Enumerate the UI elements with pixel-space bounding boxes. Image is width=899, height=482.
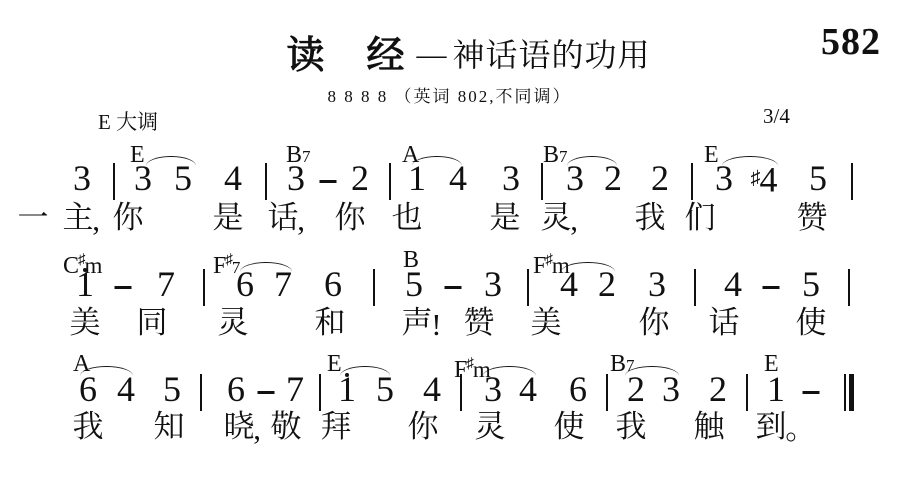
note: ♯4	[751, 160, 778, 198]
lyric-syllable: 我	[635, 201, 666, 235]
lyric-syllable: 声!	[402, 306, 433, 340]
lyric-syllable: 你	[408, 410, 439, 444]
lyric-syllable: 话,	[268, 201, 299, 235]
lyric-syllable: 我	[616, 410, 647, 444]
lyric-punctuation: 。	[785, 412, 816, 446]
note: 3	[287, 160, 305, 196]
lyric-syllable: 使	[796, 306, 827, 340]
note: 7	[274, 266, 292, 302]
duration-dash	[115, 286, 132, 289]
lyric-punctuation: ,	[570, 203, 578, 237]
lyric-syllable: 我	[73, 410, 104, 444]
lyric-syllable: 到。	[756, 410, 787, 444]
lyric-punctuation: !	[431, 308, 441, 342]
lyric-syllable: 触	[694, 410, 725, 444]
lyric-punctuation: ,	[253, 412, 261, 446]
note: 6	[227, 371, 245, 407]
note: 5	[376, 371, 394, 407]
note: 4	[724, 266, 742, 302]
note: 5	[405, 266, 423, 302]
lyric-syllable: 你	[113, 201, 144, 235]
lyric-syllable: 话	[709, 306, 740, 340]
lyric-syllable: 和	[315, 306, 346, 340]
lyric-punctuation: ,	[297, 203, 305, 237]
lyric-syllable: 同	[137, 306, 168, 340]
note: 2	[598, 266, 616, 302]
lyric-syllable: 知	[154, 410, 185, 444]
lyric-syllable: 美	[531, 306, 562, 340]
duration-dash	[258, 391, 275, 394]
note: 3	[566, 160, 584, 196]
octave-dot	[83, 268, 87, 272]
barline	[200, 374, 202, 411]
note: 3	[484, 266, 502, 302]
note: 3	[715, 160, 733, 196]
note: 4	[117, 371, 135, 407]
lyric-syllable: 晓,	[224, 410, 255, 444]
barline	[691, 163, 693, 200]
note: 3	[662, 371, 680, 407]
note: 3	[648, 266, 666, 302]
note: 1	[767, 371, 785, 407]
note: 6	[324, 266, 342, 302]
sharp-accidental-icon: ♯	[751, 167, 761, 189]
lyric-syllable: 灵	[475, 410, 506, 444]
lyric-syllable: 一	[18, 201, 49, 235]
final-barline	[844, 374, 846, 411]
lyric-syllable: 灵	[218, 306, 249, 340]
barline	[848, 269, 850, 306]
lyric-syllable: 你	[335, 201, 366, 235]
note: 4	[224, 160, 242, 196]
barline	[746, 374, 748, 411]
lyric-syllable: 是	[490, 201, 521, 235]
barline	[606, 374, 608, 411]
lyric-syllable: 使	[554, 410, 585, 444]
note: 4	[423, 371, 441, 407]
lyric-syllable: 敬	[271, 410, 302, 444]
lyric-syllable: 主,	[63, 201, 94, 235]
barline	[851, 163, 853, 200]
lyric-syllable: 赞	[464, 306, 495, 340]
lyric-syllable: 是	[213, 201, 244, 235]
final-barline	[849, 374, 854, 411]
duration-dash	[445, 286, 462, 289]
note: 2	[351, 160, 369, 196]
barline	[389, 163, 391, 200]
duration-dash	[320, 180, 337, 183]
barline	[527, 269, 529, 306]
note: 2	[709, 371, 727, 407]
lyric-syllable: 美	[70, 306, 101, 340]
barline	[541, 163, 543, 200]
note: 3	[73, 160, 91, 196]
lyric-syllable: 们	[685, 201, 716, 235]
note: 6	[79, 371, 97, 407]
lyric-syllable: 赞	[797, 201, 828, 235]
note: 2	[651, 160, 669, 196]
music-notation: EB7AB7E3354321433223♯45一主,你是话,你也是灵,我们赞C♯…	[0, 0, 899, 482]
lyric-syllable: 也	[392, 201, 423, 235]
barline	[373, 269, 375, 306]
hymn-sheet: 582 读 经—神话语的功用 8 8 8 8 （英词 802,不同调） E 大调…	[0, 0, 899, 482]
note: 6	[236, 266, 254, 302]
barline	[694, 269, 696, 306]
note: 5	[809, 160, 827, 196]
note: 4	[449, 160, 467, 196]
note: 6	[569, 371, 587, 407]
duration-dash	[763, 286, 780, 289]
chord-label: B7	[543, 143, 568, 169]
note: 3	[484, 371, 502, 407]
lyric-syllable: 拜	[321, 410, 352, 444]
note: 5	[163, 371, 181, 407]
barline	[113, 163, 115, 200]
note: 5	[802, 266, 820, 302]
barline	[203, 269, 205, 306]
barline	[460, 374, 462, 411]
octave-dot	[345, 373, 349, 377]
barline	[319, 374, 321, 411]
barline	[265, 163, 267, 200]
note: 1	[408, 160, 426, 196]
note: 4	[519, 371, 537, 407]
lyric-syllable: 灵,	[541, 201, 572, 235]
duration-dash	[803, 391, 820, 394]
lyric-syllable: 你	[639, 306, 670, 340]
note: 7	[157, 266, 175, 302]
note: 5	[174, 160, 192, 196]
note: 3	[134, 160, 152, 196]
note: 4	[560, 266, 578, 302]
note: 3	[502, 160, 520, 196]
note: 7	[286, 371, 304, 407]
note: 2	[627, 371, 645, 407]
lyric-punctuation: ,	[92, 203, 100, 237]
note: 2	[604, 160, 622, 196]
